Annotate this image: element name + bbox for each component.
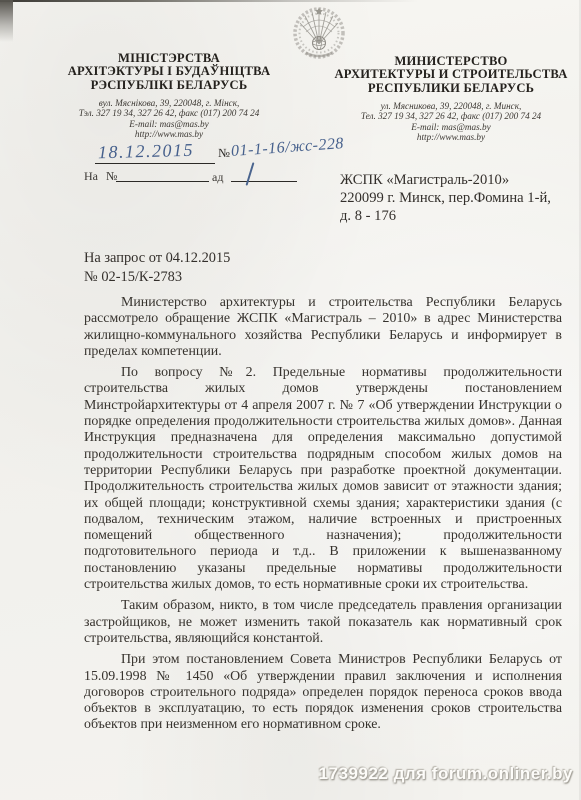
ministry-title-line: МИНИСТЕРСТВО — [326, 55, 576, 68]
pen-slash-mark — [246, 162, 255, 186]
request-reference-line: № 02-15/К-2783 — [84, 268, 230, 287]
request-reference: На запрос от 04.12.2015 № 02-15/К-2783 — [84, 249, 230, 286]
ministry-address-by: вул. Мяснікова, 39, 220048, г. Мінск, Тэ… — [48, 98, 290, 139]
number-symbol: № — [218, 146, 230, 161]
scanned-letter-page: МІНІСТЭРСТВА АРХІТЭКТУРЫ І БУДАЎНІЦТВА Р… — [0, 0, 581, 800]
on-number-label: На № — [84, 169, 117, 184]
recipient-line: 220099 г. Минск, пер.Фомина 1-й, — [340, 189, 551, 207]
recipient-line: д. 8 - 176 — [340, 207, 551, 225]
ministry-title-ru: МИНИСТЕРСТВО АРХИТЕКТУРЫ И СТРОИТЕЛЬСТВА… — [326, 55, 576, 95]
paragraph-3: Таким образом, никто, в том числе предсе… — [84, 598, 562, 647]
paragraph-4: При этом постановлением Совета Министров… — [84, 652, 562, 733]
request-reference-line: На запрос от 04.12.2015 — [84, 249, 230, 268]
recipient-line: ЖСПК «Магистраль-2010» — [340, 171, 551, 189]
letterhead-belarusian: МІНІСТЭРСТВА АРХІТЭКТУРЫ І БУДАЎНІЦТВА Р… — [48, 52, 290, 139]
ministry-title-line: МІНІСТЭРСТВА — [48, 52, 290, 65]
scan-edge-top — [0, 0, 581, 2]
ministry-title-line: АРХИТЕКТУРЫ И СТРОИТЕЛЬСТВА — [326, 68, 576, 81]
outgoing-date-handwritten: 18.12.2015 — [98, 140, 195, 164]
belarus-coat-of-arms-icon — [291, 6, 347, 62]
ministry-title-line: РЭСПУБЛІКІ БЕЛАРУСЬ — [48, 79, 290, 92]
paragraph-1: Министерство архитектуры и строительства… — [84, 295, 562, 360]
recipient-block: ЖСПК «Магистраль-2010» 220099 г. Минск, … — [340, 171, 551, 226]
ministry-address-ru: ул. Мясникова, 39, 220048, г. Минск, Тел… — [326, 101, 576, 142]
from-label: ад — [212, 170, 223, 185]
ministry-title-line: РЕСПУБЛИКИ БЕЛАРУСЬ — [326, 82, 576, 95]
scan-edge-corner — [0, 0, 13, 42]
address-line: Тел. 327 19 34, 327 26 42, факс (017) 20… — [326, 111, 576, 121]
letterhead-russian: МИНИСТЕРСТВО АРХИТЕКТУРЫ И СТРОИТЕЛЬСТВА… — [326, 55, 576, 142]
forum-watermark: 1739922 для forum.onliner.by — [319, 764, 573, 784]
address-line: вул. Мяснікова, 39, 220048, г. Мінск, — [48, 98, 290, 108]
date-blank-line — [95, 163, 215, 164]
incoming-date-blank — [231, 181, 297, 182]
ministry-title-by: МІНІСТЭРСТВА АРХІТЭКТУРЫ І БУДАЎНІЦТВА Р… — [48, 52, 290, 92]
address-line: http://www.mas.by — [326, 132, 576, 142]
address-line: E-mail: mas@mas.by — [48, 119, 290, 129]
letter-body: Министерство архитектуры и строительства… — [84, 295, 562, 739]
address-line: ул. Мясникова, 39, 220048, г. Минск, — [326, 101, 576, 111]
address-line: E-mail: mas@mas.by — [326, 122, 576, 132]
paragraph-2: По вопросу №2. Предельные нормативы прод… — [84, 365, 562, 593]
address-line: Тэл. 327 19 34, 327 26 42, факс (017) 20… — [48, 108, 290, 118]
address-line: http://www.mas.by — [48, 129, 290, 139]
ministry-title-line: АРХІТЭКТУРЫ І БУДАЎНІЦТВА — [48, 65, 290, 78]
incoming-number-blank — [116, 181, 209, 182]
